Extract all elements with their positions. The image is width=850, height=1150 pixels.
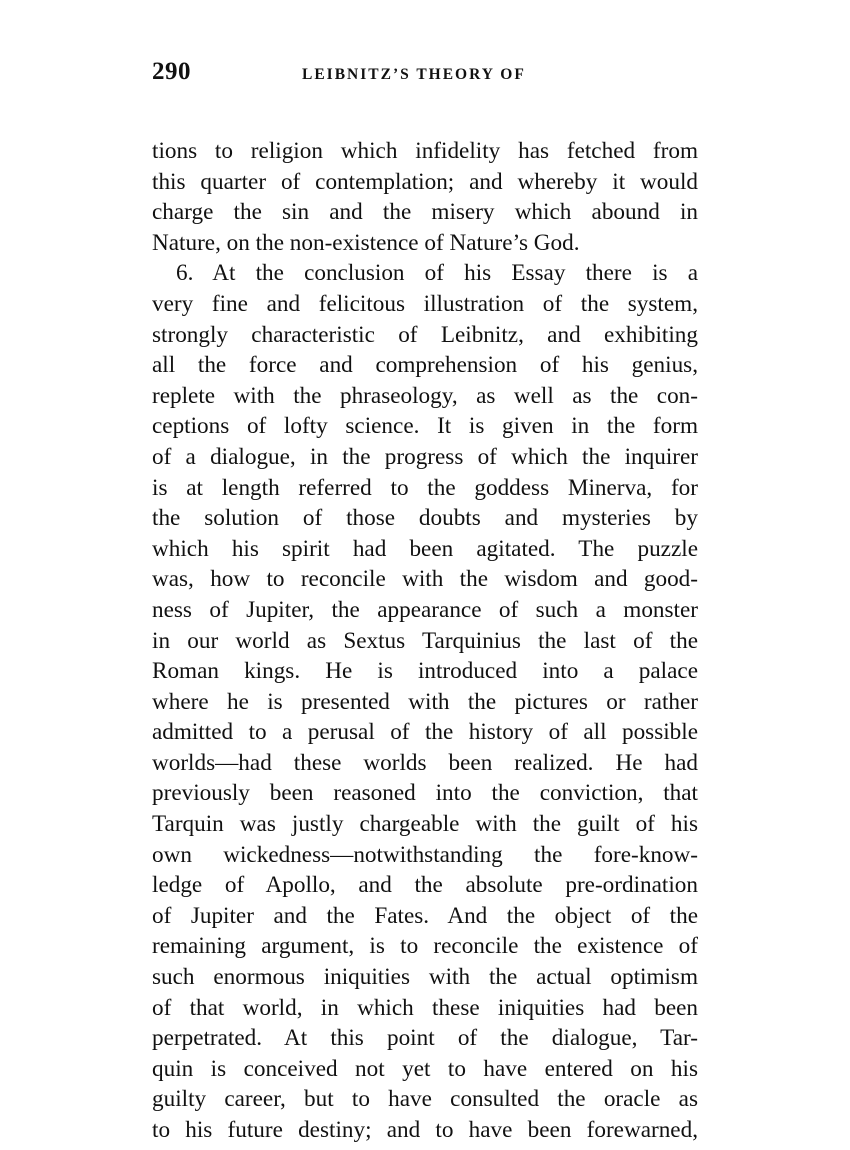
text-line: Nature, on the non-existence of Nature’s… — [152, 228, 698, 259]
text-line: of that world, in which these iniquities… — [152, 993, 698, 1024]
text-line: strongly characteristic of Leibnitz, and… — [152, 320, 698, 351]
text-line: previously been reasoned into the convic… — [152, 778, 698, 809]
text-line: is at length referred to the goddess Min… — [152, 473, 698, 504]
running-title: LEIBNITZ’S THEORY OF — [302, 66, 526, 84]
text-line: very fine and felicitous illustration of… — [152, 289, 698, 320]
text-line: remaining argument, is to reconcile the … — [152, 931, 698, 962]
text-line: of a dialogue, in the progress of which … — [152, 442, 698, 473]
paragraph-section-6: 6. At the conclusion of his Essay there … — [152, 258, 698, 1145]
book-page: 290 LEIBNITZ’S THEORY OF tions to religi… — [152, 58, 698, 1146]
text-line: replete with the phraseology, as well as… — [152, 381, 698, 412]
text-line: all the force and comprehension of his g… — [152, 350, 698, 381]
text-line: in our world as Sextus Tarquinius the la… — [152, 626, 698, 657]
text-line: worlds—had these worlds been realized. H… — [152, 748, 698, 779]
running-head: 290 LEIBNITZ’S THEORY OF — [152, 58, 698, 92]
text-line: guilty career, but to have consulted the… — [152, 1084, 698, 1115]
text-line: ledge of Apollo, and the absolute pre-or… — [152, 870, 698, 901]
text-line: the solution of those doubts and mysteri… — [152, 503, 698, 534]
text-line: ness of Jupiter, the appearance of such … — [152, 595, 698, 626]
text-line: Tarquin was justly chargeable with the g… — [152, 809, 698, 840]
text-line: to his future destiny; and to have been … — [152, 1115, 698, 1146]
text-line: ceptions of lofty science. It is given i… — [152, 411, 698, 442]
text-line: tions to religion which infidelity has f… — [152, 136, 698, 167]
text-line: 6. At the conclusion of his Essay there … — [152, 258, 698, 289]
body-text: tions to religion which infidelity has f… — [152, 136, 698, 1146]
text-line: Roman kings. He is introduced into a pal… — [152, 656, 698, 687]
text-line: such enormous iniquities with the actual… — [152, 962, 698, 993]
text-line: quin is conceived not yet to have entere… — [152, 1054, 698, 1085]
text-line: of Jupiter and the Fates. And the object… — [152, 901, 698, 932]
text-line: admitted to a perusal of the history of … — [152, 717, 698, 748]
text-line: this quarter of contemplation; and where… — [152, 167, 698, 198]
page-number: 290 — [152, 58, 191, 86]
text-line: charge the sin and the misery which abou… — [152, 197, 698, 228]
text-line: where he is presented with the pictures … — [152, 687, 698, 718]
text-line: perpetrated. At this point of the dialog… — [152, 1023, 698, 1054]
text-line: own wickedness—notwithstanding the fore-… — [152, 840, 698, 871]
text-line: which his spirit had been agitated. The … — [152, 534, 698, 565]
text-line: was, how to reconcile with the wisdom an… — [152, 564, 698, 595]
paragraph-continuation: tions to religion which infidelity has f… — [152, 136, 698, 258]
